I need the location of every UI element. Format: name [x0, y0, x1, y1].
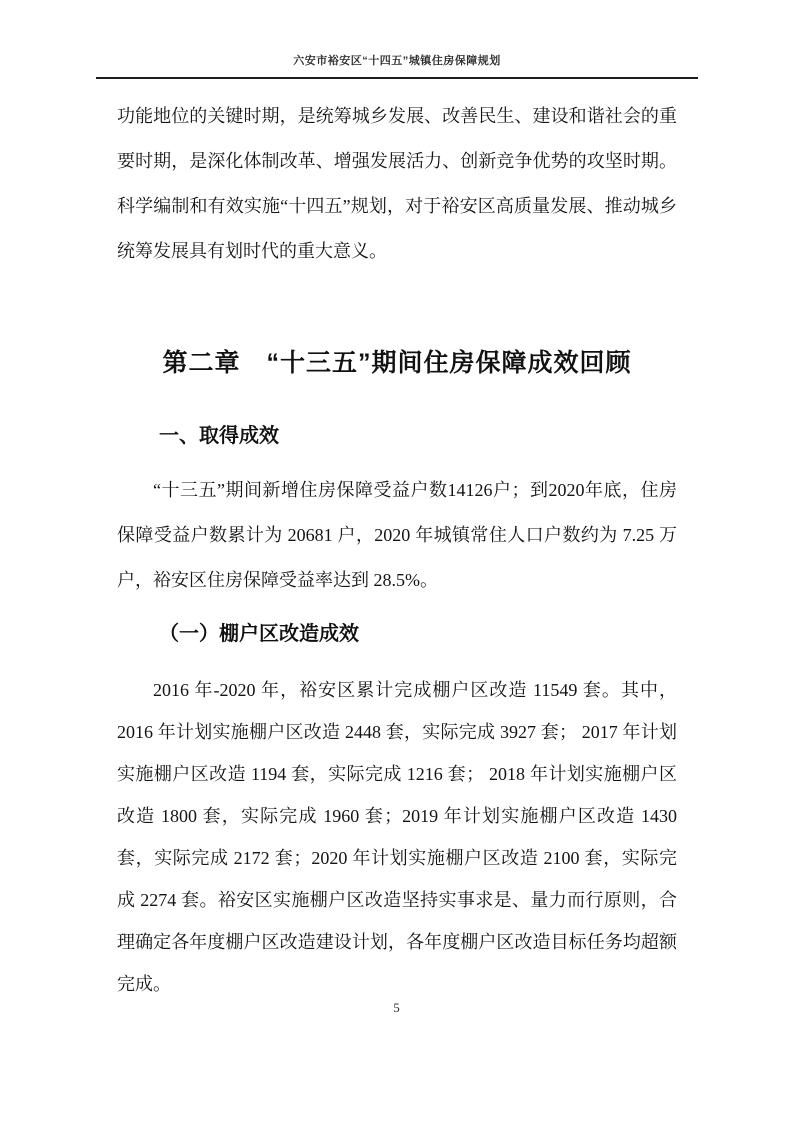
section-title-achievements: 一、取得成效 [117, 423, 677, 449]
document-page: 六安市裕安区“十四五”城镇住房保障规划 功能地位的关键时期，是统筹城乡发展、改善… [0, 0, 793, 1122]
paragraph-shantytown: 2016 年-2020 年，裕安区累计完成棚户区改造 11549 套。其中，20… [117, 669, 677, 1005]
page-number: 5 [0, 1000, 793, 1016]
document-content: 功能地位的关键时期，是统筹城乡发展、改善民生、建设和谐社会的重要时期，是深化体制… [117, 0, 677, 1005]
paragraph-achievements: “十三五”期间新增住房保障受益户数14126户；到2020年底，住房保障受益户数… [117, 468, 677, 603]
subsection-title-shantytown: （一）棚户区改造成效 [117, 621, 677, 647]
chapter-title: 第二章 “十三五”期间住房保障成效回顾 [117, 347, 677, 379]
paragraph-intro: 功能地位的关键时期，是统筹城乡发展、改善民生、建设和谐社会的重要时期，是深化体制… [117, 94, 677, 274]
